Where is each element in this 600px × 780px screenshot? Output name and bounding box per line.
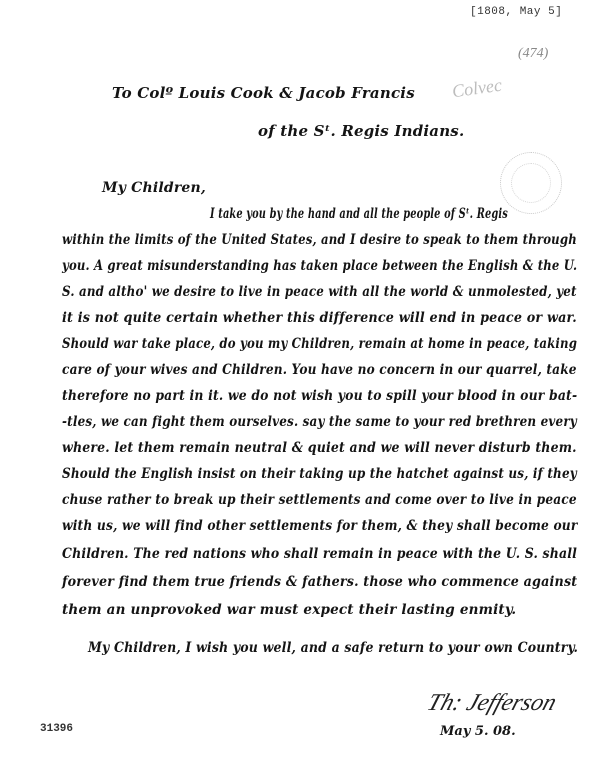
signature-date: May 5. 08. bbox=[440, 724, 516, 739]
salutation: My Children, bbox=[102, 180, 206, 196]
folio-number: (474) bbox=[518, 46, 548, 62]
body-line: Should the English insist on their takin… bbox=[62, 466, 515, 482]
body-line: Should war take place, do you my Childre… bbox=[62, 336, 504, 352]
body-line: therefore no part in it. we do not wish … bbox=[62, 388, 530, 404]
signature: Th: Jefferson bbox=[424, 690, 560, 717]
archive-date-annotation: [1808, May 5] bbox=[470, 6, 562, 18]
body-line: it is not quite certain whether this dif… bbox=[62, 310, 543, 326]
body-line: where. let them remain neutral & quiet a… bbox=[62, 440, 534, 456]
body-line: care of your wives and Children. You hav… bbox=[62, 362, 520, 378]
body-line: with us, we will find other settlements … bbox=[62, 518, 525, 534]
body-line: within the limits of the United States, … bbox=[62, 232, 504, 248]
closing-line: My Children, I wish you well, and a safe… bbox=[88, 640, 578, 656]
pencil-annotation: Colvec bbox=[451, 75, 503, 103]
body-line: I take you by the hand and all the peopl… bbox=[210, 206, 580, 222]
letter-page: [1808, May 5] (474) Colvec To Colº Louis… bbox=[0, 0, 600, 780]
body-line: them an unprovoked war must expect their… bbox=[62, 602, 572, 618]
body-line: chuse rather to break up their settlemen… bbox=[62, 492, 521, 508]
address-line-2: of the Sᵗ. Regis Indians. bbox=[258, 122, 464, 140]
body-line: Children. The red nations who shall rema… bbox=[62, 546, 533, 562]
library-stamp-icon bbox=[500, 152, 562, 214]
body-line: you. A great misunderstanding has taken … bbox=[62, 258, 502, 274]
body-line: -tles, we can fight them ourselves. say … bbox=[62, 414, 514, 430]
body-line: forever find them true friends & fathers… bbox=[62, 574, 541, 590]
body-line: S. and altho' we desire to live in peace… bbox=[62, 284, 511, 300]
catalog-number: 31396 bbox=[40, 723, 73, 735]
address-line-1: To Colº Louis Cook & Jacob Francis bbox=[112, 84, 415, 102]
